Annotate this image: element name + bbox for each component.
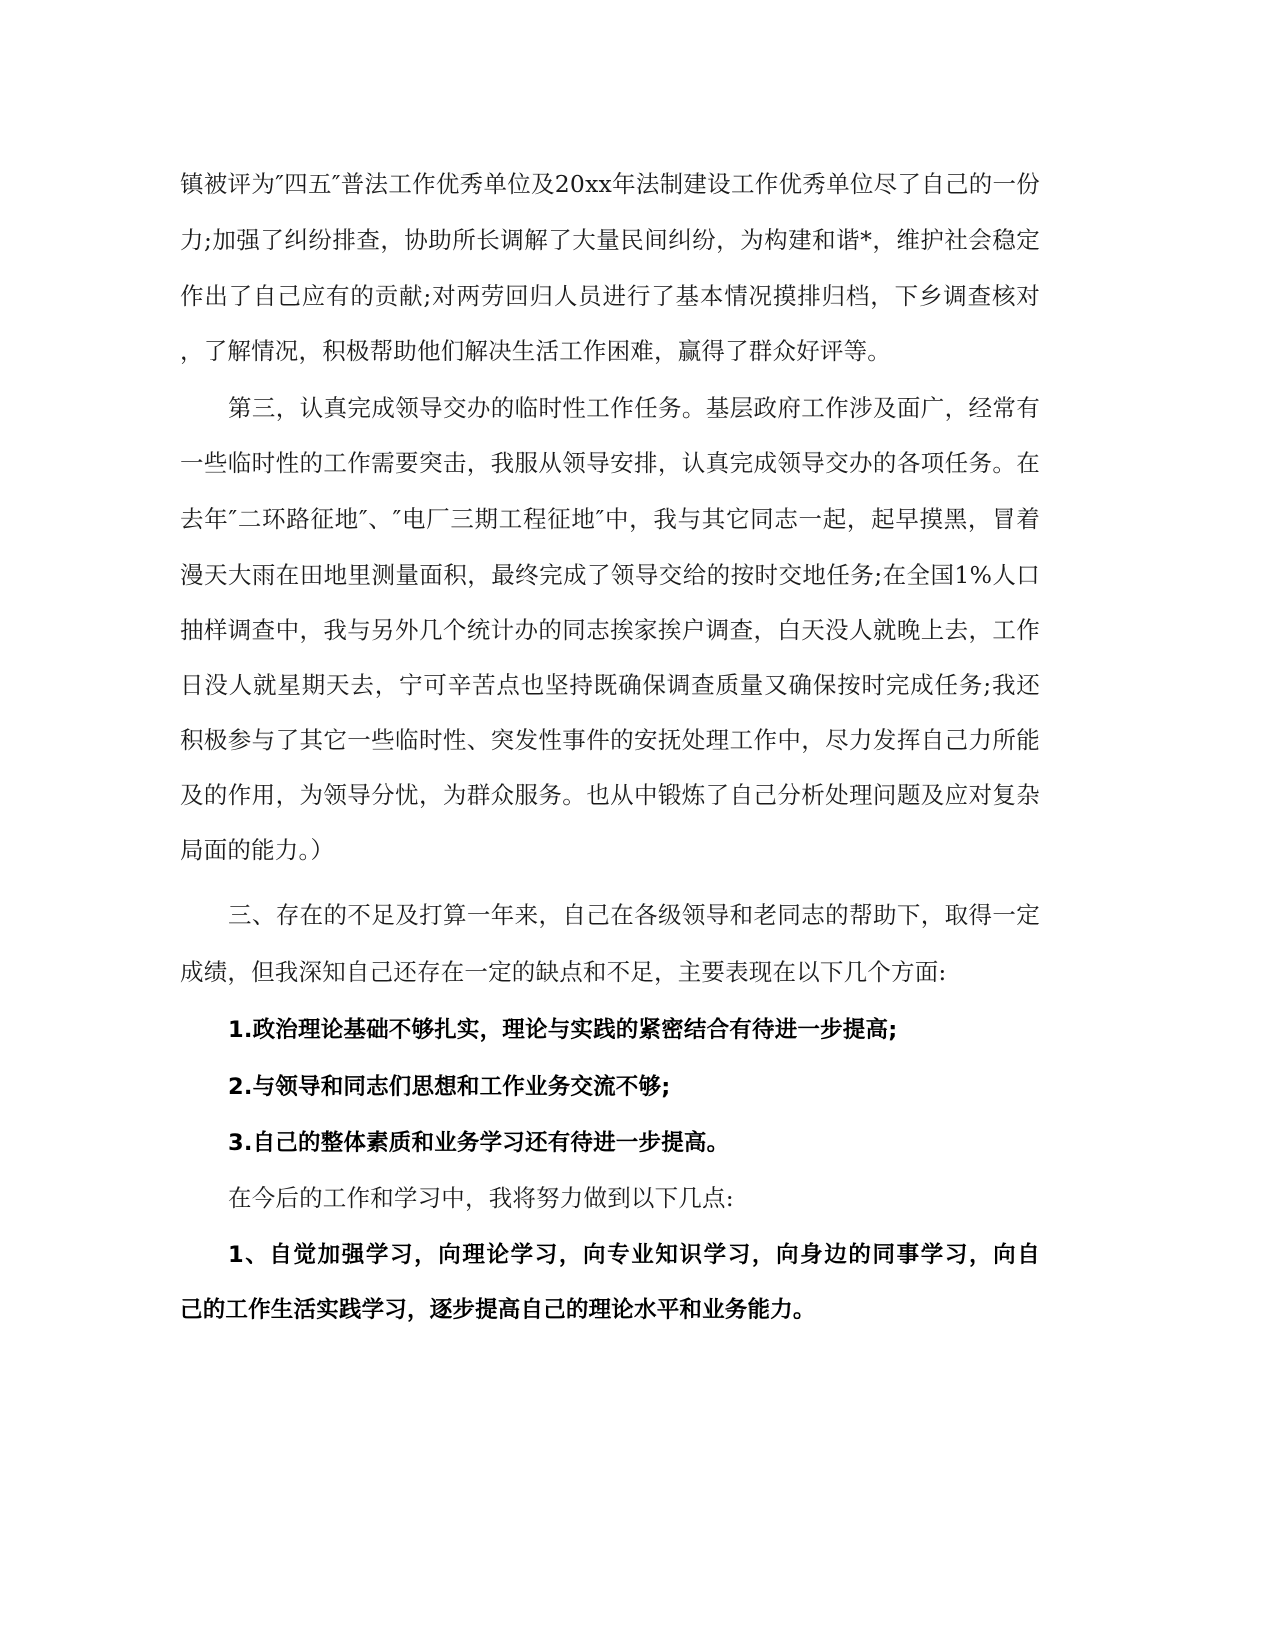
- paragraph-3-line-2: 成绩，但我深知自己还存在一定的缺点和不足，主要表现在以下几个方面:: [180, 956, 1040, 988]
- paragraph-2-line-5: 抽样调查中，我与另外几个统计办的同志挨家挨户调查，白天没人就晚上去，工作: [180, 614, 1040, 646]
- paragraph-2-line-6: 日没人就星期天去，宁可辛苦点也坚持既确保调查质量又确保按时完成任务;我还: [180, 669, 1040, 701]
- paragraph-1-line-3: 作出了自己应有的贡献;对两劳回归人员进行了基本情况摸排归档，下乡调查核对: [180, 280, 1040, 312]
- paragraph-2-line-4: 漫天大雨在田地里测量面积，最终完成了领导交给的按时交地任务;在全国1%人口: [180, 559, 1040, 591]
- document-page: 镇被评为″四五″普法工作优秀单位及20xx年法制建设工作优秀单位尽了自己的一份 …: [0, 0, 1275, 1650]
- shortcoming-item-2: 2.与领导和同志们思想和工作业务交流不够;: [228, 1071, 1040, 1103]
- shortcoming-item-1: 1.政治理论基础不够扎实，理论与实践的紧密结合有待进一步提高;: [228, 1014, 1040, 1046]
- paragraph-2-line-3: 去年″二环路征地″、″电厂三期工程征地″中，我与其它同志一起，起早摸黑，冒着: [180, 503, 1040, 535]
- paragraph-2-line-8: 及的作用，为领导分忧，为群众服务。也从中锻炼了自己分析处理问题及应对复杂: [180, 779, 1040, 811]
- paragraph-2-line-2: 一些临时性的工作需要突击，我服从领导安排，认真完成领导交办的各项任务。在: [180, 447, 1040, 479]
- plan-item-1-line-2: 己的工作生活实践学习，逐步提高自己的理论水平和业务能力。: [180, 1294, 1040, 1326]
- plan-item-1-line-1: 1、自觉加强学习，向理论学习，向专业知识学习，向身边的同事学习，向自: [228, 1239, 1040, 1271]
- paragraph-3-line-1: 三、存在的不足及打算一年来，自己在各级领导和老同志的帮助下，取得一定: [228, 899, 1040, 931]
- paragraph-1-line-2: 力;加强了纠纷排查，协助所长调解了大量民间纠纷，为构建和谐*，维护社会稳定: [180, 224, 1040, 256]
- shortcoming-item-3: 3.自己的整体素质和业务学习还有待进一步提高。: [228, 1127, 1040, 1159]
- paragraph-2-line-9: 局面的能力。）: [180, 834, 1040, 866]
- paragraph-1-line-1: 镇被评为″四五″普法工作优秀单位及20xx年法制建设工作优秀单位尽了自己的一份: [180, 168, 1040, 200]
- paragraph-1-line-4: ，了解情况，积极帮助他们解决生活工作困难，赢得了群众好评等。: [180, 335, 1040, 367]
- paragraph-2-line-1: 第三，认真完成领导交办的临时性工作任务。基层政府工作涉及面广，经常有: [228, 392, 1040, 424]
- plans-intro: 在今后的工作和学习中，我将努力做到以下几点:: [228, 1182, 1040, 1214]
- paragraph-2-line-7: 积极参与了其它一些临时性、突发性事件的安抚处理工作中，尽力发挥自己力所能: [180, 724, 1040, 756]
